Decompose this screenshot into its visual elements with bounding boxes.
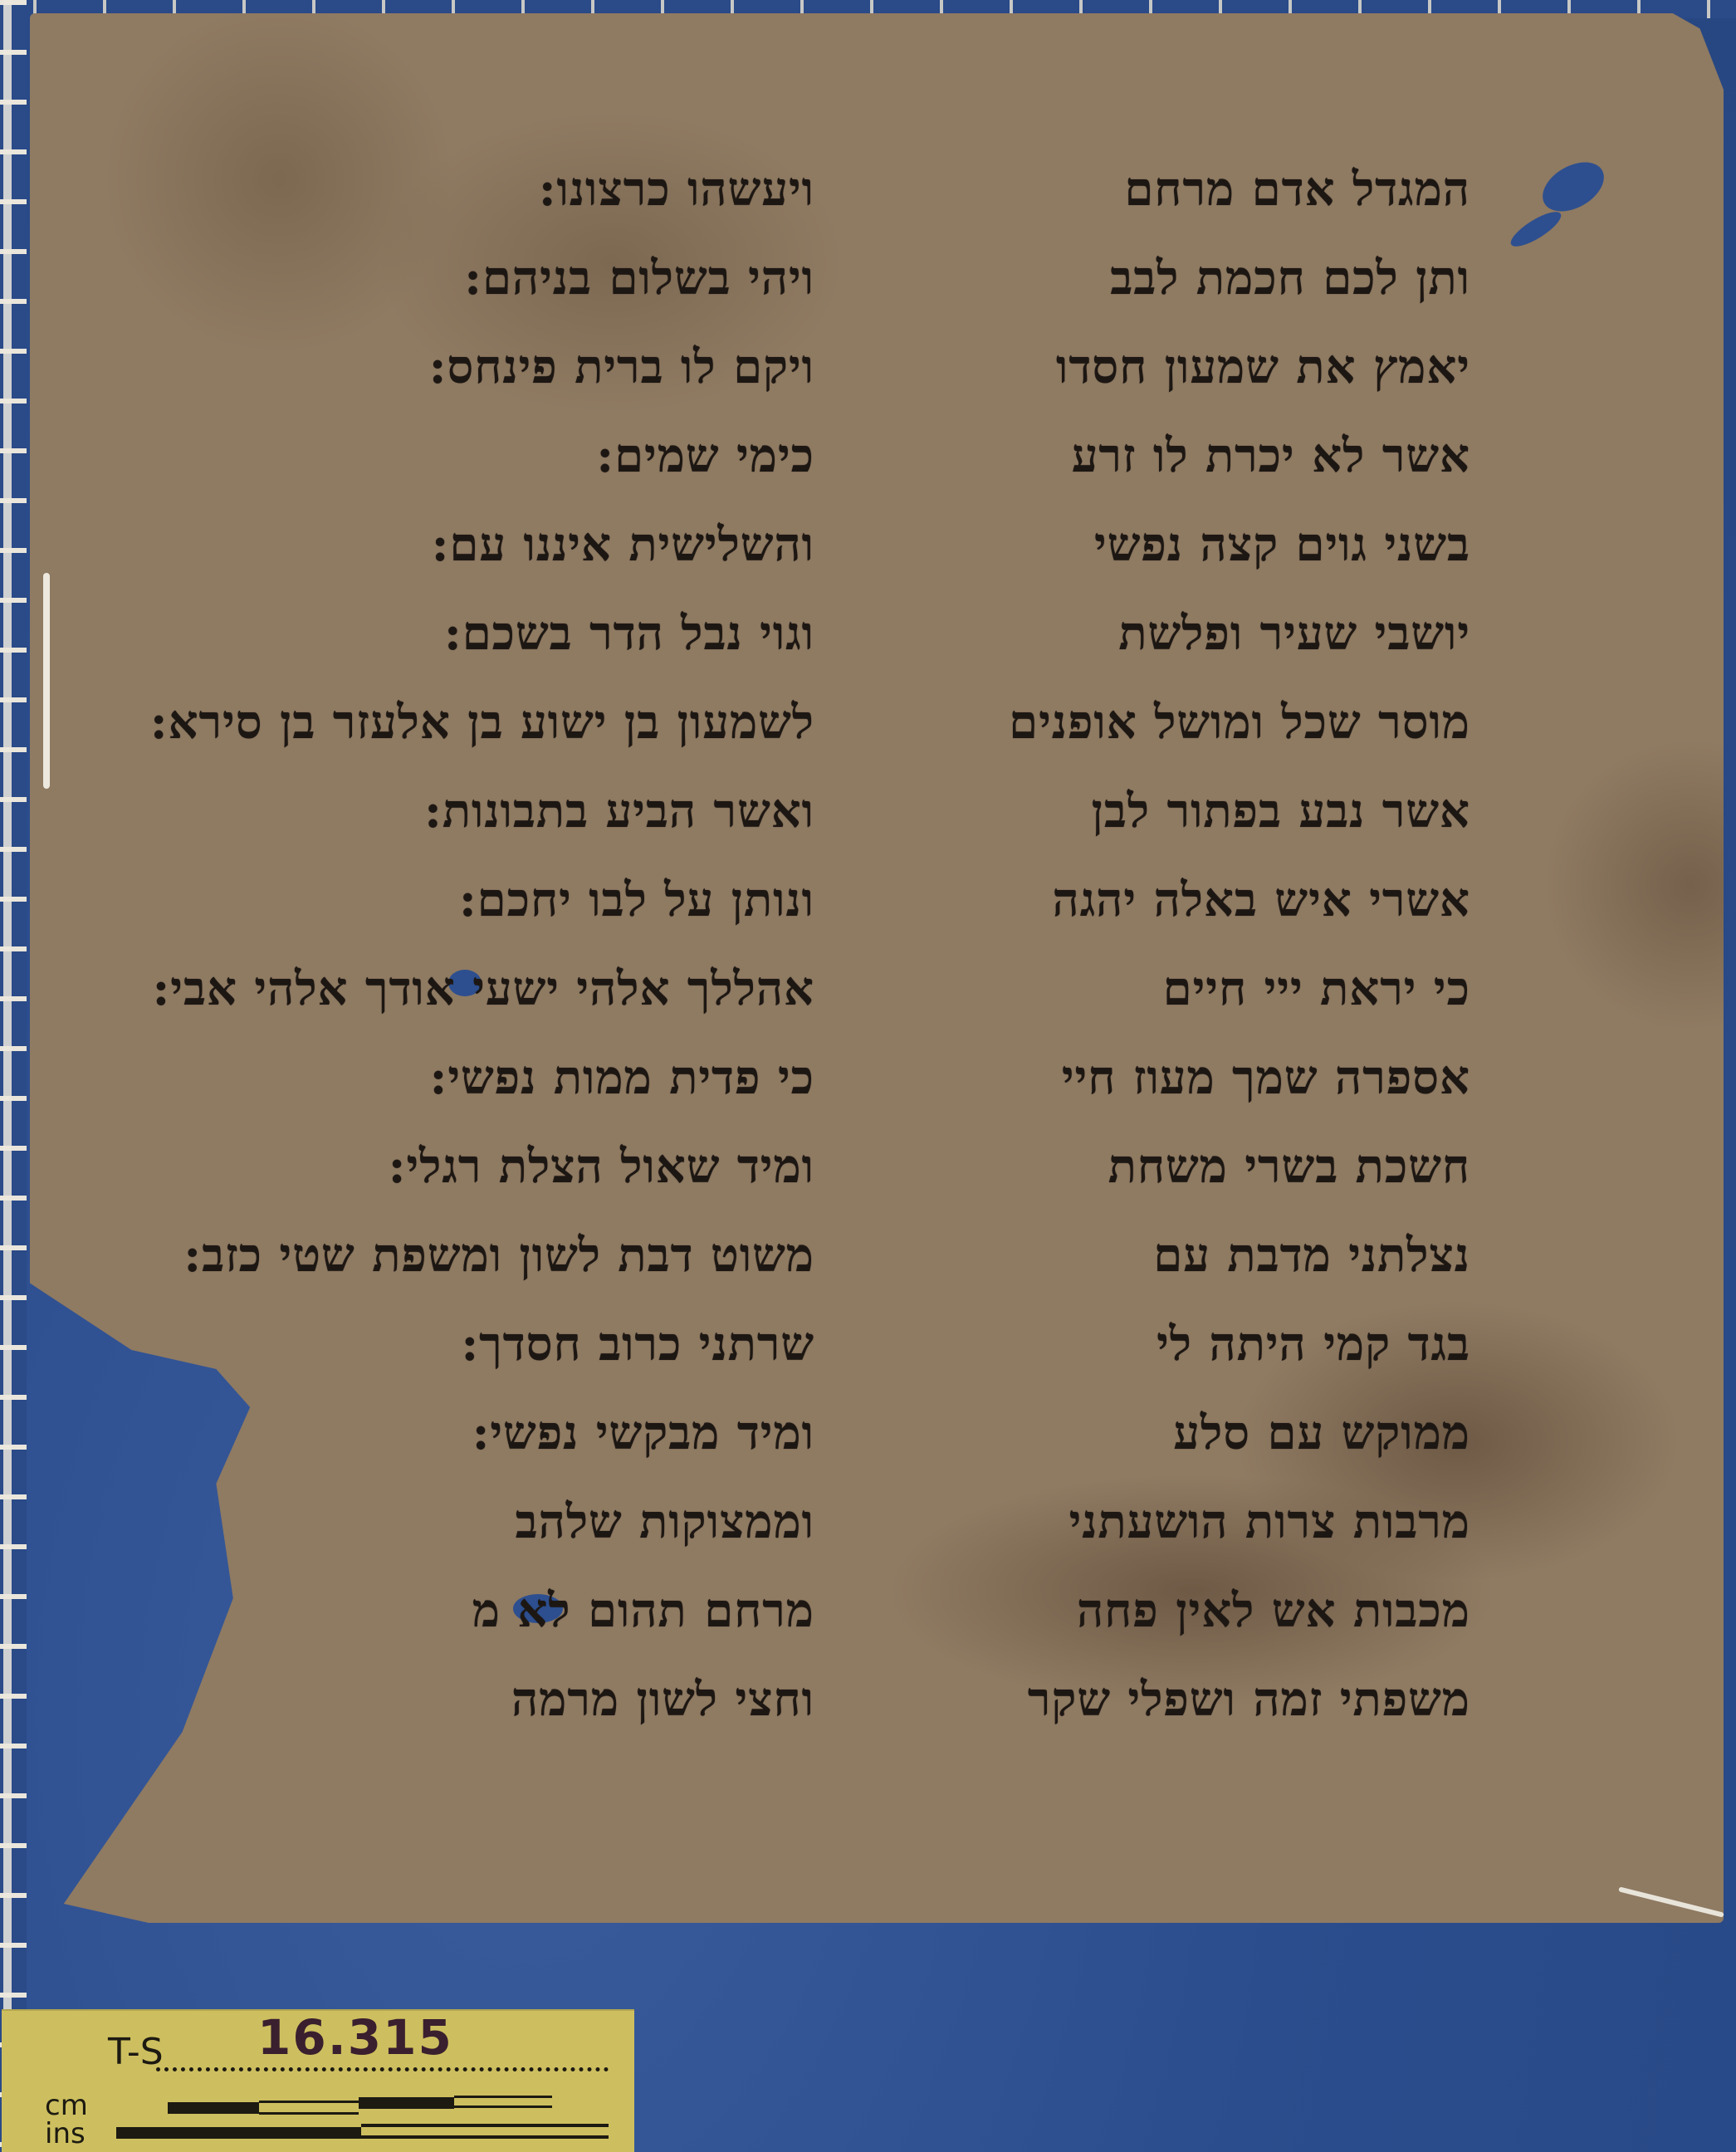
verse-line: כי יראת ייי חיים — [889, 945, 1470, 1034]
left-stitching — [0, 0, 27, 2152]
verse-line: אשרי איש באלה יהגה — [889, 856, 1470, 945]
verse-line: אהללך אלהי ישעי אודך אלהי אבי: — [67, 945, 814, 1034]
verse-line: יאמץ את שמעון חסדו — [889, 323, 1470, 412]
verse-line: המגדל אדם מרחם — [889, 145, 1470, 234]
verse-line: אשר לא יכרת לו זרע — [889, 412, 1470, 501]
verse-line: ותן לכם חכמת לבב — [889, 234, 1470, 323]
left-text-column: ויעשהו כרצונו: ויהי בשלום בניהם: ויקם לו… — [67, 145, 814, 1744]
verse-line: שרתני כרוב חסדך: — [67, 1300, 814, 1389]
verse-line: כי פדית ממות נפשי: — [67, 1034, 814, 1122]
verse-line: ומיד שאול הצלת רגלי: — [67, 1122, 814, 1211]
verse-line: ויקם לו ברית פינחס: — [67, 323, 814, 412]
verse-line: וממצוקות שלהב — [67, 1478, 814, 1567]
cm-scale-bar — [454, 2096, 552, 2098]
shelfmark-number: 16.315 — [257, 2009, 453, 2066]
verse-line: וגוי נבל הדר בשכם: — [67, 589, 814, 678]
verse-line: משפתי זמה ושפלי שקר — [889, 1656, 1470, 1744]
verse-line: ומיד מבקשי נפשי: — [67, 1389, 814, 1478]
cm-scale-bar — [454, 2106, 552, 2108]
verse-line: מכבות אש לאין פחה — [889, 1567, 1470, 1656]
shelfmark-label: T-S 16.315 cm ins — [2, 2009, 634, 2152]
verse-line: ונותן על לבו יחכם: — [67, 856, 814, 945]
verse-line: לשמעון בן ישוע בן אלעזר בן סירא: — [67, 678, 814, 767]
verse-line: ויעשהו כרצונו: — [67, 145, 814, 234]
collection-code: T-S — [108, 2031, 164, 2073]
verse-line: בשני גוים קצה נפשי — [889, 501, 1470, 589]
verse-line: חשכת בשרי משחת — [889, 1122, 1470, 1211]
verse-line: מרחם תהום לא מ — [67, 1567, 814, 1656]
cm-scale-bar — [168, 2102, 259, 2114]
dotted-line — [156, 2067, 609, 2071]
verse-line: נצלתני מדבת עם — [889, 1211, 1470, 1300]
verse-line: כימי שמים: — [67, 412, 814, 501]
cm-scale-bar — [259, 2101, 359, 2103]
right-text-column: המגדל אדם מרחם ותן לכם חכמת לבב יאמץ את … — [889, 145, 1470, 1744]
verse-line: והשלישית איננו עם: — [67, 501, 814, 589]
verse-line: משוט דבת לשון ומשפת שטי כזב: — [67, 1211, 814, 1300]
cm-scale-bar — [359, 2097, 454, 2109]
inch-scale-bar — [116, 2127, 361, 2139]
verse-line: אספרה שמך מעוז חיי — [889, 1034, 1470, 1122]
verse-line: בגד קמי היתה לי — [889, 1300, 1470, 1389]
verse-line: מרבות צרות הושעתני — [889, 1478, 1470, 1567]
inch-scale-bar — [361, 2124, 609, 2127]
verse-line: אשר נבע בפתור לבן — [889, 767, 1470, 856]
binding-thread — [43, 573, 50, 789]
verse-line: ויהי בשלום בניהם: — [67, 234, 814, 323]
verse-line: מוסר שכל ומושל אופנים — [889, 678, 1470, 767]
verse-line: ממוקש עם סלע — [889, 1389, 1470, 1478]
verse-line: ואשר הביע בתבונות: — [67, 767, 814, 856]
inch-scale-bar — [361, 2135, 609, 2139]
cm-scale-bar — [259, 2112, 359, 2115]
scale-ins-label: ins — [45, 2117, 86, 2150]
verse-line: יושבי שעיר ופלשת — [889, 589, 1470, 678]
verse-line: וחצי לשון מרמה — [67, 1656, 814, 1744]
